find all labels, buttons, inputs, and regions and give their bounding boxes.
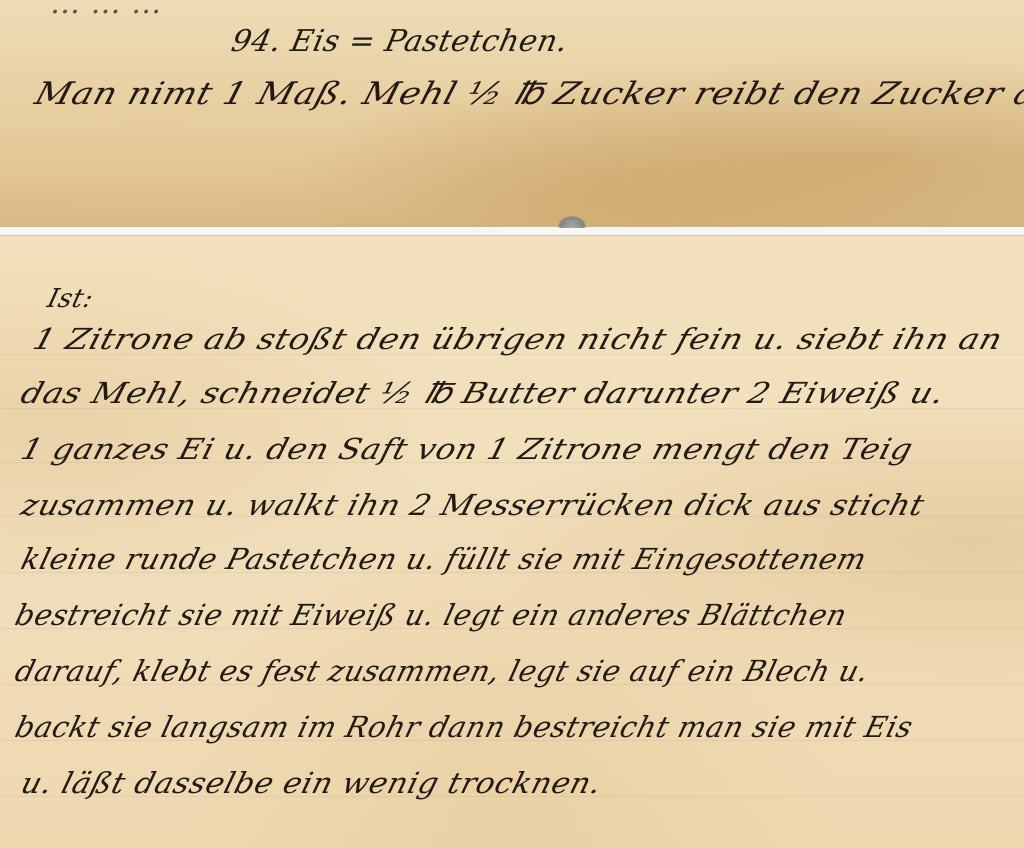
handwritten-line: das Mehl, schneidet ½ ℔ Butter darunter … bbox=[17, 376, 949, 410]
recipe-heading: 94. Eis = Pastetchen. bbox=[228, 24, 571, 59]
cut-off-line: … … … bbox=[50, 0, 162, 21]
page-separator bbox=[0, 226, 1024, 236]
margin-mark: Ist: bbox=[44, 284, 96, 314]
handwritten-line: kleine runde Pastetchen u. füllt sie mit… bbox=[18, 542, 871, 576]
handwritten-line: zusammen u. walkt ihn 2 Messerrücken dic… bbox=[17, 488, 928, 522]
handwritten-line: Man nimt 1 Maß. Mehl ½ ℔ Zucker reibt de… bbox=[31, 76, 1024, 112]
handwritten-line: darauf, klebt es fest zusammen, legt sie… bbox=[12, 654, 873, 688]
page-fragment-top: … … … 94. Eis = Pastetchen. Man nimt 1 M… bbox=[0, 0, 1024, 226]
page-fragment-bottom: Ist: 1 Zitrone ab stoßt den übrigen nich… bbox=[0, 236, 1024, 848]
handwritten-line: bestreicht sie mit Eiweiß u. legt ein an… bbox=[12, 598, 851, 632]
handwritten-line: u. läßt dasselbe ein wenig trocknen. bbox=[18, 766, 606, 800]
handwritten-line: 1 Zitrone ab stoßt den übrigen nicht fei… bbox=[29, 322, 1007, 356]
handwritten-line: backt sie langsam im Rohr dann bestreich… bbox=[12, 710, 917, 744]
handwritten-line: 1 ganzes Ei u. den Saft von 1 Zitrone me… bbox=[17, 432, 917, 466]
document-scan: … … … 94. Eis = Pastetchen. Man nimt 1 M… bbox=[0, 0, 1024, 848]
